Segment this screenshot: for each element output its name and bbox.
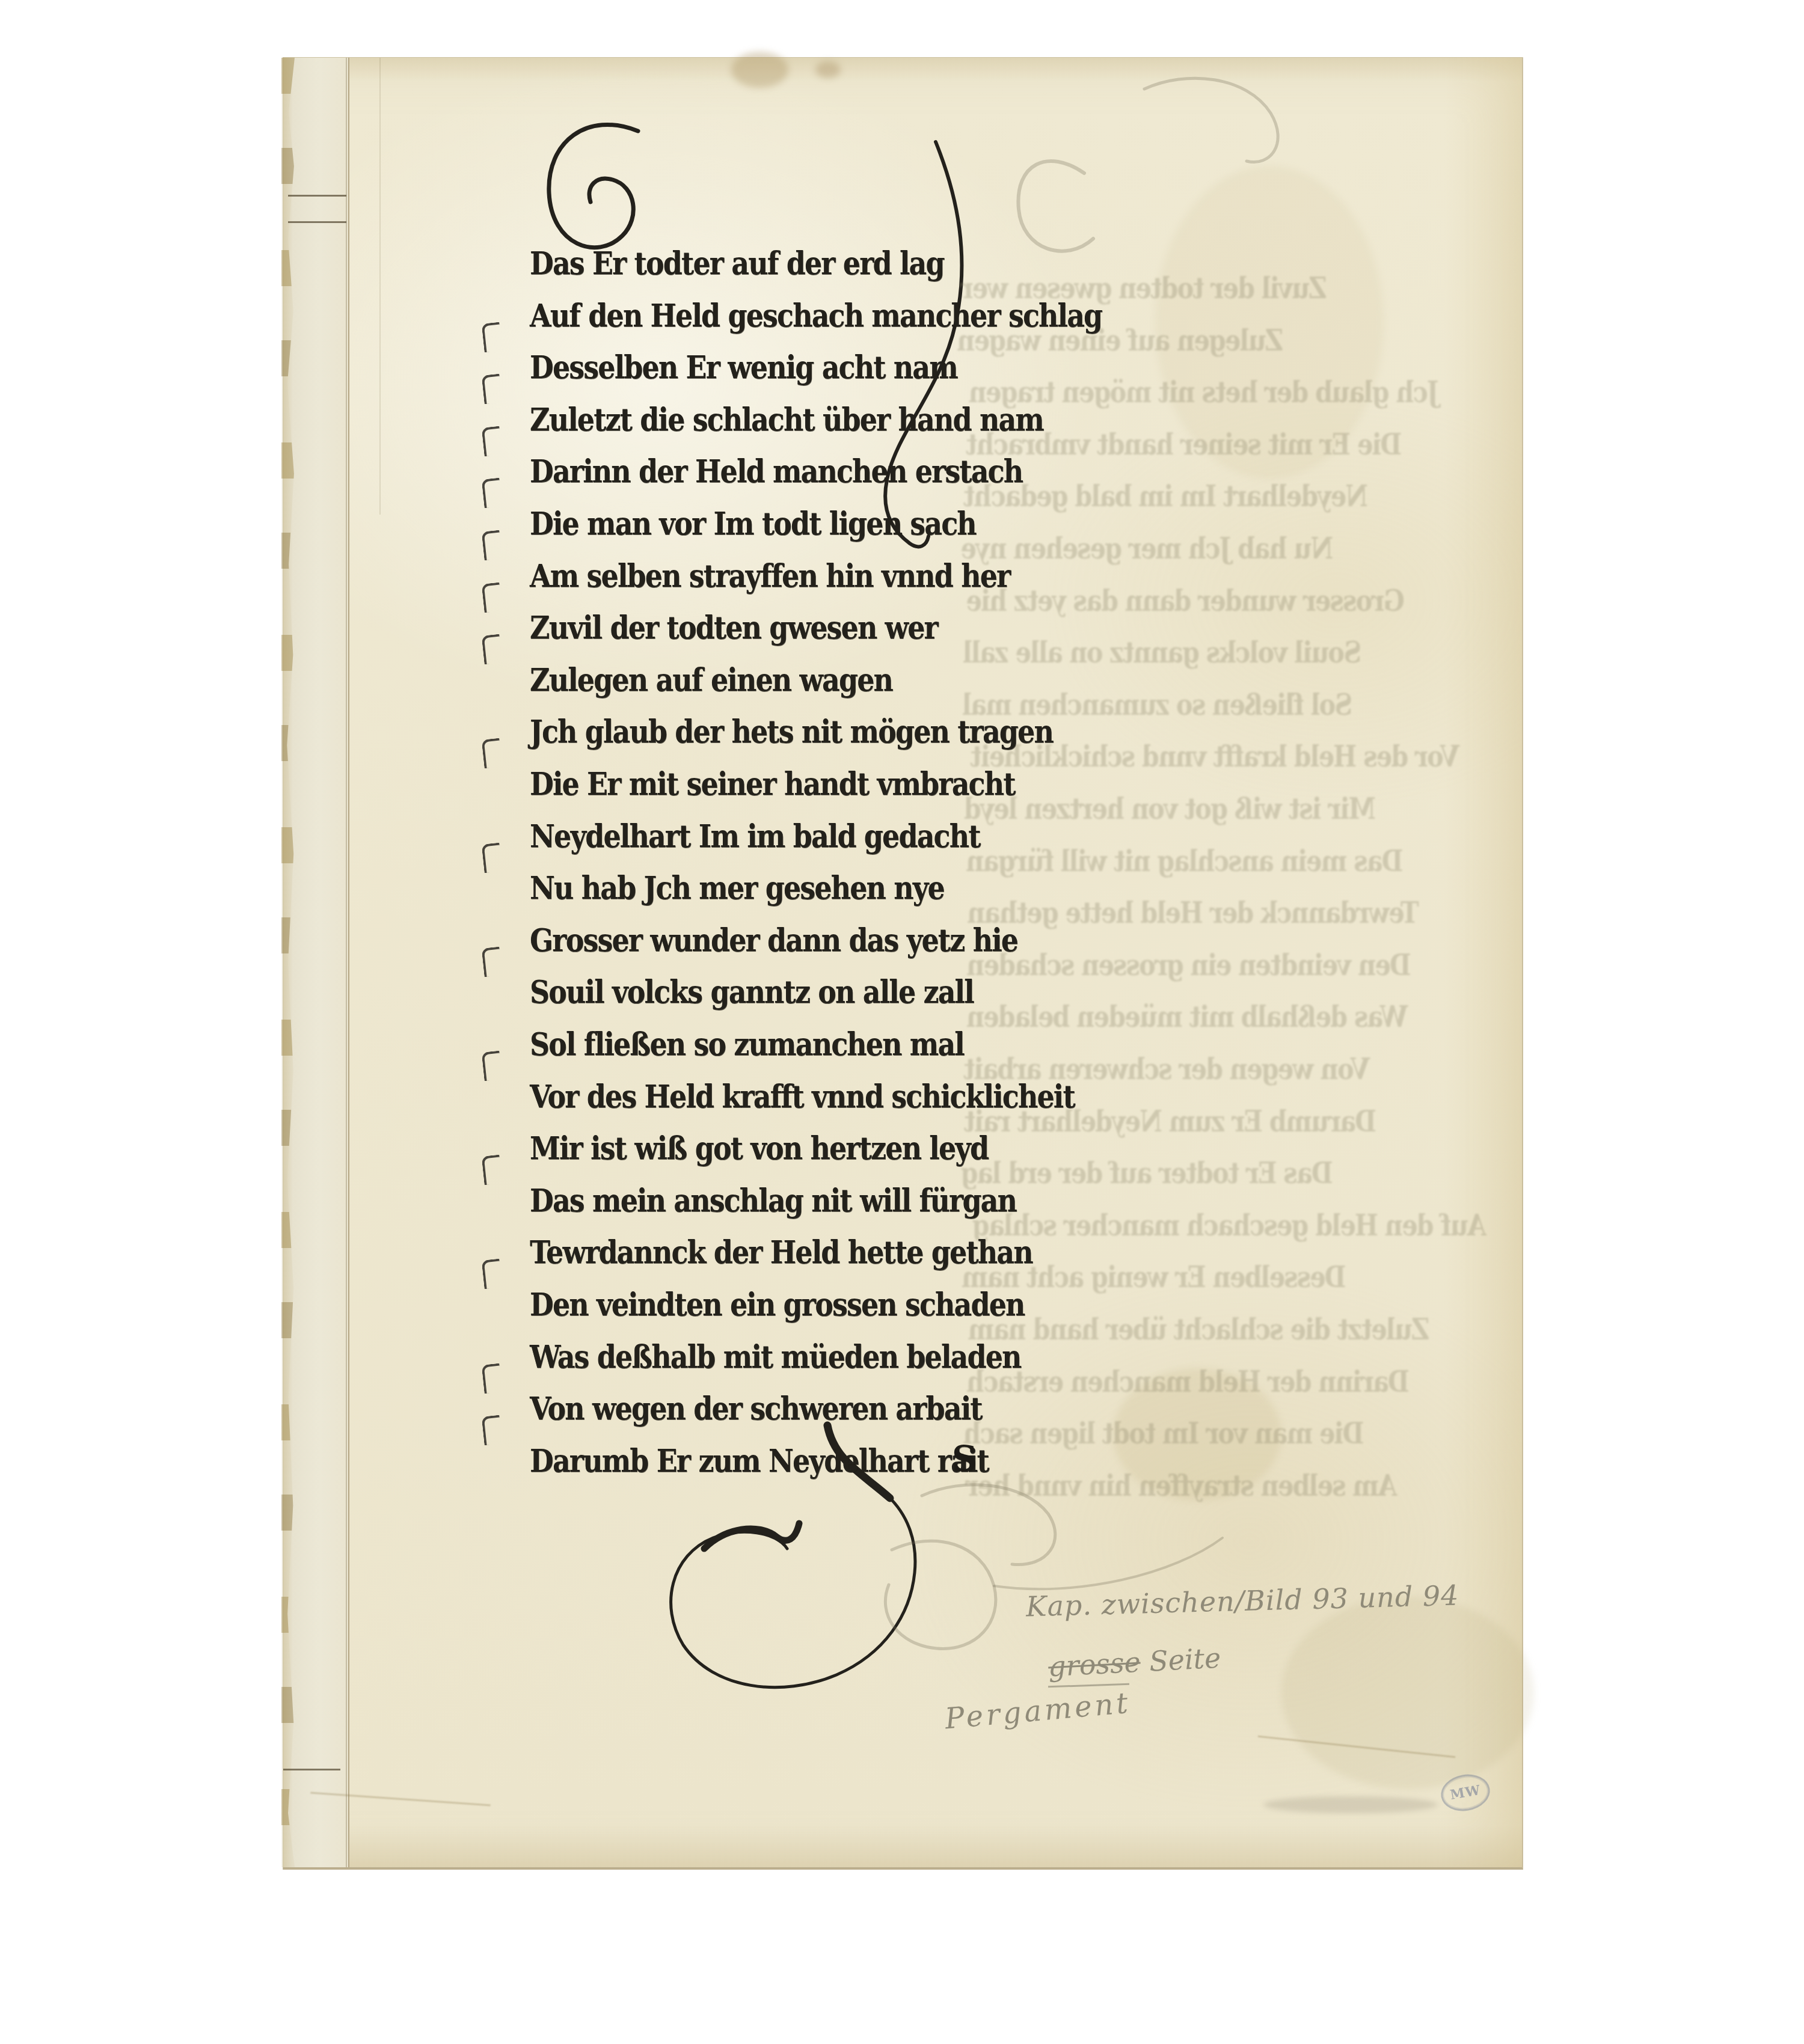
stitch-line (288, 195, 346, 197)
initial-curl-mark (482, 843, 503, 874)
verse-line-text: Jch glaub der hets nit mögen tragen (530, 714, 1053, 750)
vellum-page: Zuvil der todten gwesen werZulegen auf e… (283, 57, 1523, 1870)
quire-signature-mark: S (952, 1438, 977, 1479)
verse-line: Die Er mit seiner handt vmbracht (530, 766, 1081, 803)
initial-curl-mark (482, 583, 503, 613)
stamp-letters: MW (1449, 1782, 1482, 1803)
stitch-line (283, 1769, 340, 1770)
verse-line-text: Am selben strayffen hin vnnd her (530, 558, 1010, 595)
verse-line: Was deßhalb mit müeden beladen (530, 1339, 1088, 1375)
verse-line-text: Das Er todter auf der erd lag (530, 245, 944, 282)
verse-line: Darinn der Held manchen erstach (530, 453, 1090, 490)
initial-curl-mark (482, 1259, 503, 1290)
verse-line: Am selben strayffen hin vnnd her (530, 558, 1075, 595)
initial-curl-mark (482, 530, 503, 561)
verse-line: Die man vor Im todt ligen sach (530, 506, 1037, 542)
pencil-word-seite: Seite (1149, 1642, 1222, 1678)
verse-line: Zuletzt die schlacht über hand nam (530, 402, 1113, 438)
verse-line: Nu hab Jch mer gesehen nye (530, 870, 1001, 907)
initial-curl-mark (482, 322, 503, 353)
verse-line: Souil volcks ganntz on alle zall (530, 974, 1034, 1011)
verse-line: Zuvil der todten gwesen wer (530, 610, 993, 646)
verso-showthrough-line: Souil volcks ganntz on alle zall (931, 636, 1394, 670)
verse-line-text: Auf den Held geschach mancher schlag (530, 298, 1102, 334)
verse-line-text: Von wegen der schweren arbait (530, 1391, 982, 1427)
verse-line-text: Souil volcks ganntz on alle zall (530, 974, 974, 1011)
verse-line-text: Zuletzt die schlacht über hand nam (530, 402, 1043, 438)
initial-curl-mark (482, 634, 503, 665)
verse-line-text: Das mein anschlag nit will fürgan (530, 1183, 1016, 1219)
verse-line: Das Er todter auf der erd lag (530, 245, 1001, 282)
stain (1281, 1597, 1534, 1789)
verse-line-text: Den veindten ein grossen schaden (530, 1287, 1025, 1323)
verse-line: Vor des Held krafft vnnd schicklicheit (530, 1079, 1149, 1115)
verse-line-text: Desselben Er wenig acht nam (530, 349, 957, 386)
binding-fold-line (346, 58, 347, 1867)
verse-line: Desselben Er wenig acht nam (530, 349, 1016, 386)
initial-curl-mark (482, 738, 503, 769)
verse-line-text: Darumb Er zum Neydelhart rait (530, 1443, 989, 1479)
verse-line: Grosser wunder dann das yetz hie (530, 922, 1084, 959)
tilde-flick (704, 1523, 799, 1549)
page-bottom-shading (283, 1825, 1522, 1867)
binding-crease-line (379, 58, 381, 515)
verse-line: Jch glaub der hets nit mögen tragen (530, 714, 1124, 750)
pencil-note-size: grosse Seite (1048, 1642, 1222, 1683)
verse-line-text: Vor des Held krafft vnnd schicklicheit (530, 1079, 1075, 1115)
ghost-spiral (1018, 161, 1093, 251)
verso-showthrough-text: Souil volcks ganntz on alle zall (964, 636, 1361, 670)
initial-curl-mark (482, 1363, 503, 1394)
verse-line-text: Darinn der Held manchen erstach (530, 453, 1022, 490)
verse-line-text: Mir ist wiß got von hertzen leyd (530, 1130, 988, 1167)
stitch-line (288, 221, 346, 223)
verse-line: Das mein anschlag nit will fürgan (530, 1183, 1082, 1219)
verse-line-text: Zuvil der todten gwesen wer (530, 610, 937, 646)
scan-background: Zuvil der todten gwesen werZulegen auf e… (0, 0, 1804, 2044)
verse-line-text: Sol fließen so zumanchen mal (530, 1026, 964, 1063)
initial-curl-mark (482, 1051, 503, 1082)
verse-line-text: Grosser wunder dann das yetz hie (530, 922, 1017, 959)
verse-line-text: Nu hab Jch mer gesehen nye (530, 870, 944, 907)
stain (815, 61, 841, 78)
verse-line-text: Neydelhart Im im bald gedacht (530, 818, 980, 855)
verse-line-text: Die man vor Im todt ligen sach (530, 506, 976, 542)
initial-curl-mark (482, 426, 503, 457)
verse-line-text: Was deßhalb mit müeden beladen (530, 1339, 1021, 1375)
initial-curl-mark (482, 374, 503, 405)
deckle-ragged-edge (281, 58, 295, 1867)
pencil-note-material: Pergament (943, 1686, 1132, 1736)
pencil-smudge (1263, 1796, 1438, 1813)
verse-line: Neydelhart Im im bald gedacht (530, 818, 1042, 855)
ghost-sweep (994, 1538, 1223, 1589)
verse-line-text: Zulegen auf einen wagen (530, 662, 892, 699)
verse-line-text: Die Er mit seiner handt vmbracht (530, 766, 1015, 803)
verse-line: Tewrdannck der Held hette gethan (530, 1234, 1101, 1271)
top-spiral-flourish (549, 124, 638, 247)
initial-curl-mark (482, 947, 503, 978)
initial-curl-mark (482, 478, 503, 509)
initial-curl-mark (482, 1415, 503, 1446)
binding-strip (283, 58, 349, 1867)
verse-line: Von wegen der schweren arbait (530, 1391, 1043, 1427)
ghost-loop (885, 1541, 996, 1648)
initial-curl-mark (482, 1155, 503, 1186)
verse-line: Zulegen auf einen wagen (530, 662, 942, 699)
ghost-swirl (1144, 78, 1278, 162)
verse-line: Mir ist wiß got von hertzen leyd (530, 1130, 1051, 1167)
pencil-crossed-word: grosse (1048, 1646, 1141, 1683)
verse-line: Sol fließen so zumanchen mal (530, 1026, 1023, 1063)
verse-line: Auf den Held geschach mancher schlag (530, 298, 1180, 334)
page-top-shading (283, 58, 1522, 82)
verse-line: Den veindten ein grossen schaden (530, 1287, 1092, 1323)
stain (731, 52, 788, 88)
verse-line-text: Tewrdannck der Held hette gethan (530, 1234, 1032, 1271)
